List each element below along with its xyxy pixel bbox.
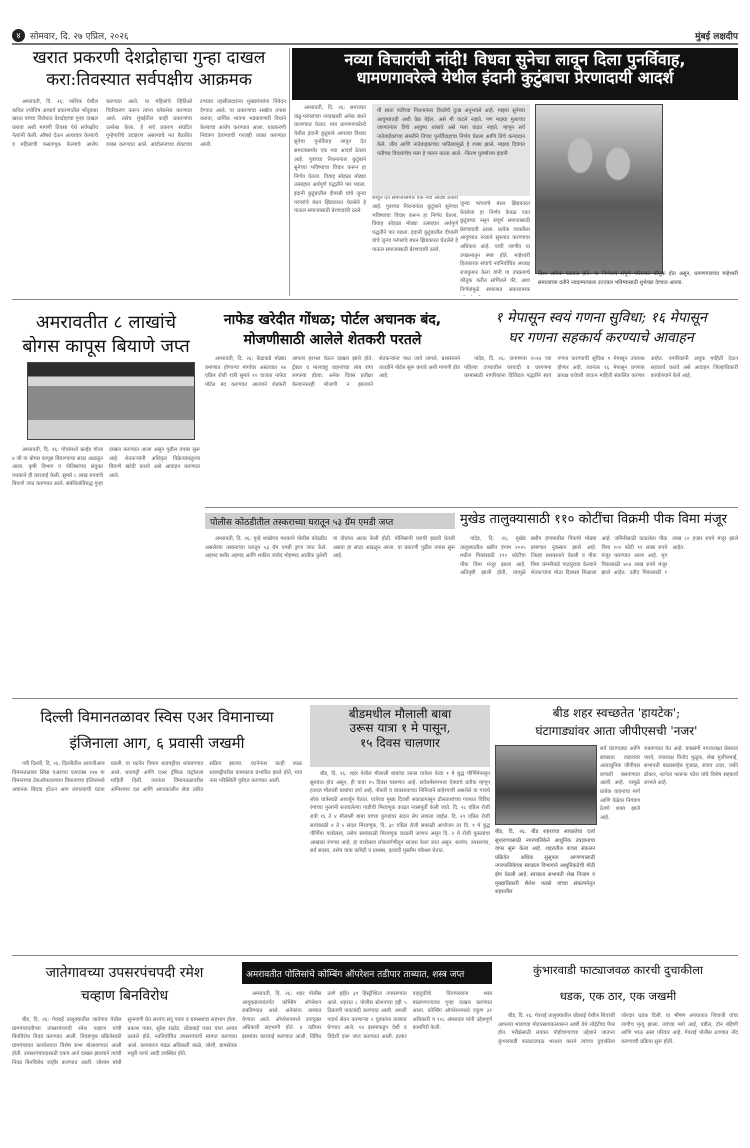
kumbharwadi-headline-line2[interactable]: धडक, एक ठार, एक जखमी	[498, 990, 738, 1003]
section-divider	[12, 299, 738, 300]
delhi-headline-line2[interactable]: इंजिनाला आग, ६ प्रवासी जखमी	[12, 734, 302, 752]
masthead-left: ४ सोमवार, दि. २७ एप्रिल, २०२६	[12, 29, 129, 42]
cotton-headline-line1[interactable]: अमरावतीत ८ लाखांचे	[12, 312, 200, 334]
section-divider	[12, 698, 738, 699]
md-seized-body: अमरावती, दि. २६: गुन्हे शाखेच्या पथकाने …	[205, 535, 455, 695]
remarriage-body-col1: अमरावती, दि. २६: समाजात वाढू-परंपरांच्या…	[294, 104, 366, 296]
cotton-body: अमरावती, दि. २६: पोचांमध्ये फ्राईड गोल्ड…	[12, 446, 200, 502]
masthead: ४ सोमवार, दि. २७ एप्रिल, २०२६ मुंबई लक्ष…	[12, 27, 738, 45]
combing-body: अमरावती, दि. २६: शहर पोलीस आयुक्तालयांतर…	[242, 990, 492, 1126]
urs-body: बीड, दि. २६: शहर येथील मौलाली बाबांचा उर…	[310, 770, 490, 950]
remarriage-headline[interactable]: नव्या विचारांची नांदी! विधवा सुनेचा लावू…	[292, 48, 738, 100]
jategaon-headline-line2[interactable]: चव्हाण बिनविरोध	[12, 988, 237, 1004]
delhi-body: नवी दिल्ली, दि. २६: दिल्लीतील आयजीआय विम…	[12, 760, 302, 950]
section-divider	[205, 507, 738, 508]
kharat-headline-line1: खरात प्रकरणी देशद्रोहाचा गुन्हा दाखल	[12, 48, 286, 68]
beed-gps-headline-line2[interactable]: घंटागाड्यांवर आता जीपीएसची 'नजर'	[495, 724, 738, 738]
remarriage-quote-box: मी स्वतः पतीच्या निधनानंतर विधवेचे दुःख …	[372, 104, 530, 196]
issue-date: सोमवार, दि. २७ एप्रिल, २०२६	[30, 29, 129, 42]
jategaon-body: बीड, दि. २६: गेवराई तालुक्यातील जातेगाव …	[12, 1016, 237, 1126]
census-body: नांदेड, दि. २६: जनगणना २०२७ च्या पहिल्या…	[464, 355, 738, 502]
kharat-headline-line2: करा:तिवस्यात सर्वपक्षीय आक्रमक	[12, 70, 286, 90]
nafed-headline-line1[interactable]: नाफेड खरेदीत गोंधळ; पोर्टल अचानक बंद,	[205, 312, 460, 328]
beed-gps-side-column: सर्व घंटागाड्या आणि स्वच्छता वाहनांवर अत…	[600, 745, 640, 950]
urs-headline-line2: उरूस यात्रा १ मे पासून,	[310, 721, 490, 735]
beed-gps-right-column: राबवण्यात येत आहे. याप्रसंगी नगराध्यक्षा…	[644, 745, 738, 950]
kharat-body: अमरावती, दि. २६: नाशिक येथील कथित ज्योति…	[12, 98, 286, 286]
census-headline-line1[interactable]: १ मेपासून स्वयं गणना सुविधा; १६ मेपासून	[464, 310, 738, 327]
md-seized-kicker[interactable]: पोलीस कोठडीतील तस्कराच्या घरातून ५३ ग्रॅ…	[205, 513, 455, 529]
crop-insurance-body: नांदेड, दि. २६: मुखेड तालुक्यातील खरीप ह…	[460, 535, 738, 695]
remarriage-headline-line1: नव्या विचारांची नांदी! विधवा सुनेचा लावू…	[292, 51, 738, 69]
remarriage-middle-column: जुन्या परंपरांचे बंधन झिडकारत घेतलेला हा…	[460, 200, 530, 296]
remarriage-photo-caption: दिशा अधिक बळकट होते. या निर्णयाचे संपूर्…	[538, 270, 738, 300]
nafed-headline-line2[interactable]: मोजणीसाठी आलेले शेतकरी परतले	[205, 332, 460, 348]
beed-gps-headline-line1[interactable]: बीड शहर स्वच्छतेत 'हायटेक';	[495, 706, 738, 720]
divider	[289, 48, 290, 296]
remarriage-headline-line2: धामणगावरेल्वे येथील इंदानी कुटुंबाचा प्र…	[292, 69, 738, 87]
census-headline-line2[interactable]: घर गणना सहकार्य करण्याचे आवाहन	[464, 330, 738, 347]
page-number-badge: ४	[12, 29, 25, 42]
seized-seeds-photo	[27, 362, 195, 440]
urs-headline-line3: १५ दिवस चालणार	[310, 736, 490, 750]
kumbharwadi-body: बीड, दि. २६: गेवराई तालुक्यातील धोंडराई …	[498, 1012, 738, 1126]
combing-kicker[interactable]: अमरावतीत पोलिसांचे कोम्बिंग ऑपरेशन तडीपा…	[242, 962, 492, 984]
wedding-photo	[535, 104, 663, 274]
newspaper-name: मुंबई लक्षदीप	[695, 29, 738, 42]
garbage-truck-photo	[495, 745, 597, 825]
cotton-headline-line2[interactable]: बोगस कापूस बियाणे जप्त	[12, 336, 200, 358]
nafed-body: अमरावती, दि. २६: केंद्राकडे मोठ्या प्रमा…	[205, 355, 460, 502]
delhi-headline-line1[interactable]: दिल्ली विमानतळावर स्विस एअर विमानाच्या	[12, 708, 302, 726]
crop-insurance-headline[interactable]: मुखेड तालुक्यासाठी ११० कोटींचा विक्रमी प…	[460, 512, 738, 528]
kumbharwadi-headline-line1[interactable]: कुंभारवाडी फाट्याजवळ कारची दुचाकीला	[498, 964, 738, 977]
urs-headline[interactable]: बीडमधील मौलाली बाबा उरूस यात्रा १ मे पास…	[310, 705, 490, 767]
section-divider	[12, 955, 738, 956]
jategaon-headline-line1[interactable]: जातेगावच्या उपसरपंचपदी रमेश	[12, 965, 237, 981]
beed-gps-caption: बीड, दि. २६: बीड शहराच्या स्वच्छतेचा दर्…	[495, 828, 595, 950]
urs-headline-line1: बीडमधील मौलाली बाबा	[310, 707, 490, 721]
